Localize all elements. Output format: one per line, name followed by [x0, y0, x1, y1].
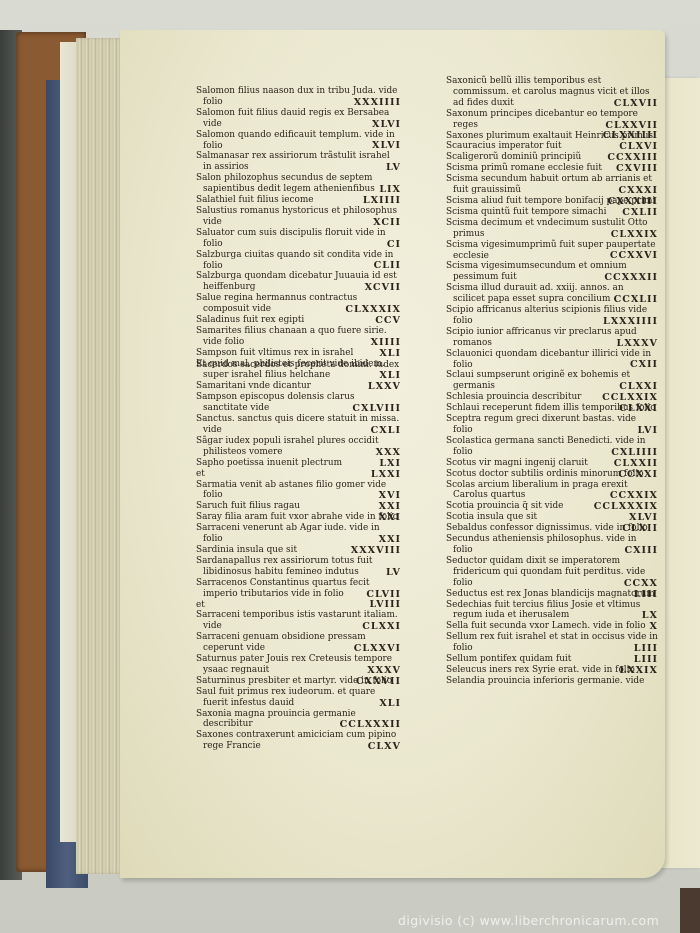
- index-entry: Scisma primũ romane ecclesie fuitCXVIII: [446, 163, 658, 174]
- index-entry: Scotus vir magni ingenij claruitCLXXII: [446, 458, 658, 469]
- index-entry: Saxonicũ bellũ illis temporibus est comm…: [446, 76, 658, 109]
- index-entry: Sedechias fuit tercius filius Josie et v…: [446, 600, 658, 622]
- index-entry: Saray filia aram fuit vxor abrahe vide i…: [196, 512, 401, 523]
- index-entry: Scisma quintũ fuit tempore simachiCXLII: [446, 207, 658, 218]
- folio-number: LVI: [446, 426, 658, 436]
- index-entry: Scisma illud durauit ad. xxiij. annos. a…: [446, 283, 658, 305]
- index-entry: Salomon fuit filius dauid regis ex Bersa…: [196, 108, 401, 130]
- index-entry: Salomon quando edificauit templum. vide …: [196, 130, 401, 152]
- index-entry: Sardinia insula que sitXXXVIII: [196, 545, 401, 556]
- index-entry: Sarraceni venerunt ab Agar iude. vide in…: [196, 523, 401, 545]
- index-entry: Saxonum principes dicebantur eo tempore …: [446, 109, 658, 131]
- background-corner: [680, 888, 700, 933]
- index-entry: Scisma aliud fuit tempore bonifacij pape…: [446, 196, 658, 207]
- folio-number: LIII: [446, 644, 658, 654]
- folio-number: CI: [196, 240, 401, 250]
- index-entry: Sacerdos sacerdos et propheta domini. iu…: [196, 360, 401, 382]
- index-column-right: Saxonicũ bellũ illis temporibus est comm…: [446, 76, 658, 677]
- folio-number: XXXIIII: [196, 98, 401, 108]
- index-entry: Saladinus fuit rex egiptiCCV: [196, 315, 401, 326]
- index-column-left: Salomon filius naason dux in tribu Juda.…: [196, 86, 401, 752]
- index-entry: Seleucus iners rex Syrie erat. vide in f…: [446, 665, 658, 676]
- index-entry: Scisma vigesimumsecundum et omnium pessi…: [446, 261, 658, 283]
- folio-number: CLXXI: [196, 622, 401, 632]
- index-entry: Saxones contraxerunt amiciciam cum pipin…: [196, 730, 401, 752]
- index-entry: Sampson episcopus dolensis clarus sancti…: [196, 392, 401, 414]
- index-entry: Salzburga ciuitas quando sit condita vid…: [196, 250, 401, 272]
- index-entry: Sarraceni temporibus istis vastarunt ita…: [196, 610, 401, 632]
- folio-number: CXII: [446, 360, 658, 370]
- index-entry: Schlaui receperunt fidem illis temporibu…: [446, 403, 658, 414]
- folio-number: XVI: [196, 491, 401, 501]
- index-entry: Scolas arcium liberalium in praga erexit…: [446, 480, 658, 502]
- index-entry: Sampson fuit vltimus rex in israhelXLI: [196, 348, 401, 359]
- folio-number: LXXI: [196, 470, 401, 480]
- index-entry: Scisma decimum et vndecimum sustulit Ott…: [446, 218, 658, 240]
- index-entry: Samaritani vnde dicanturLXXV: [196, 381, 401, 392]
- index-entry: Secundus atheniensis philosophus. vide i…: [446, 534, 658, 556]
- index-entry: Saluator cum suis discipulis floruit vid…: [196, 228, 401, 250]
- index-entry: Salzburga quondam dicebatur Juuauia id e…: [196, 271, 401, 293]
- index-entry: Schlesia prouincia describiturCCLXXIX: [446, 392, 658, 403]
- entry-text: Saray filia aram fuit vxor abrahe vide i…: [196, 512, 401, 523]
- index-entry: Sellum rex fuit israhel et stat in occis…: [446, 632, 658, 654]
- index-entry: Scisma secundum habuit ortum ab arrianis…: [446, 174, 658, 196]
- page-edges: [76, 38, 126, 874]
- index-entry: Sclauonici quondam dicebantur illirici v…: [446, 349, 658, 371]
- index-entry: Scotia insula que sitXLVI: [446, 512, 658, 523]
- folio-number: XXI: [196, 535, 401, 545]
- entry-text: Sella fuit secunda vxor Lamech. vide in …: [446, 621, 658, 632]
- index-entry: Scotia prouincia q̃ sit videCCLXXXIX: [446, 501, 658, 512]
- index-entry: Sardanapallus rex assiriorum totus fuit …: [196, 556, 401, 578]
- index-entry: Saul fuit primus rex iudeorum. et quare …: [196, 687, 401, 709]
- index-entry: Sebaldus confessor dignissimus. vide in …: [446, 523, 658, 534]
- index-entry: Scipio iunior affricanus vir preclarus a…: [446, 327, 658, 349]
- index-entry: Samarites filius chanaan a quo fuere sir…: [196, 326, 401, 348]
- index-entry: Sarraceni genuam obsidione pressam ceper…: [196, 632, 401, 654]
- index-entry: Scipio affricanus alterius scipionis fil…: [446, 305, 658, 327]
- index-entry: Scaligerorũ dominiũ principiũCCXXIII: [446, 152, 658, 163]
- index-entry: Salathiel fuit filius iecomeLXIIII: [196, 195, 401, 206]
- entry-text: Selandia prouincia inferioris germanie. …: [446, 676, 658, 687]
- index-entry: Saxones plurimum exaltauit Heinricus pri…: [446, 131, 658, 142]
- index-entry: Saturnus pater Jouis rex Creteusis tempo…: [196, 654, 401, 676]
- index-entry: Scauracius imperator fuitCLXVI: [446, 141, 658, 152]
- folio-number: CLII: [196, 261, 401, 271]
- index-entry: Salon philozophus secundus de septem sap…: [196, 173, 401, 195]
- index-entry: Salustius romanus hystoricus et philosop…: [196, 206, 401, 228]
- entry-text: Salon philozophus secundus de septem sap…: [196, 173, 401, 195]
- index-entry: Saturninus presbiter et martyr. vide in …: [196, 676, 401, 687]
- index-entry: Seductus est rex Jonas blandicijs magnat…: [446, 589, 658, 600]
- index-entry: Sclaui sumpserunt originẽ ex bohemis et …: [446, 370, 658, 392]
- index-entry: etLVIII: [196, 600, 401, 611]
- folio-number: XCII: [196, 218, 401, 228]
- index-entry: Seductor quidam dixit se imperatorem fri…: [446, 556, 658, 589]
- index-entry: Sapho poetissa inuenit plectrumLXI: [196, 458, 401, 469]
- index-entry: etLXXI: [196, 469, 401, 480]
- index-entry: Selandia prouincia inferioris germanie. …: [446, 676, 658, 687]
- index-entry: Sarracenos Constantinus quartus fecit im…: [196, 578, 401, 600]
- index-entry: Scolastica germana sancti Benedicti. vid…: [446, 436, 658, 458]
- index-entry: Scotus doctor subtilis ordinis minorum f…: [446, 469, 658, 480]
- copyright-watermark: digivisio (c) www.liberchronicarum.com: [398, 913, 659, 928]
- index-entry: Sanctus. sanctus quis dicere statuit in …: [196, 414, 401, 436]
- folio-number: LVIII: [196, 600, 401, 610]
- folio-number: CXIII: [446, 546, 658, 556]
- index-entry: Scisma vigesimumprimũ fuit super paupert…: [446, 240, 658, 262]
- index-entry: Sãgar iudex populi israhel plures occidi…: [196, 436, 401, 458]
- index-entry: Sarmatia venit ab astanes filio gomer vi…: [196, 480, 401, 502]
- index-entry: Sella fuit secunda vxor Lamech. vide in …: [446, 621, 658, 632]
- index-entry: Sceptra regum greci dixerunt bastas. vid…: [446, 414, 658, 436]
- folio-number: XLVI: [196, 120, 401, 130]
- folio-number: CXLIIII: [446, 448, 658, 458]
- folio-number: XLVI: [196, 141, 401, 151]
- index-entry: Saruch fuit filius ragauXXI: [196, 501, 401, 512]
- index-entry: Saxonia magna prouincia germanie describ…: [196, 709, 401, 731]
- index-entry: Salomon filius naason dux in tribu Juda.…: [196, 86, 401, 108]
- index-entry: Sellum pontifex quidam fuitLIII: [446, 654, 658, 665]
- index-entry: Salue regina hermannus contractus compos…: [196, 293, 401, 315]
- entry-text: Seductus est rex Jonas blandicijs magnat…: [446, 589, 658, 600]
- folio-number: CXLI: [196, 426, 401, 436]
- index-entry: Salmanasar rex assiriorum trãstulit isra…: [196, 151, 401, 173]
- folio-number: LXXXIIII: [446, 317, 658, 327]
- folio-number: CCXX: [446, 579, 658, 589]
